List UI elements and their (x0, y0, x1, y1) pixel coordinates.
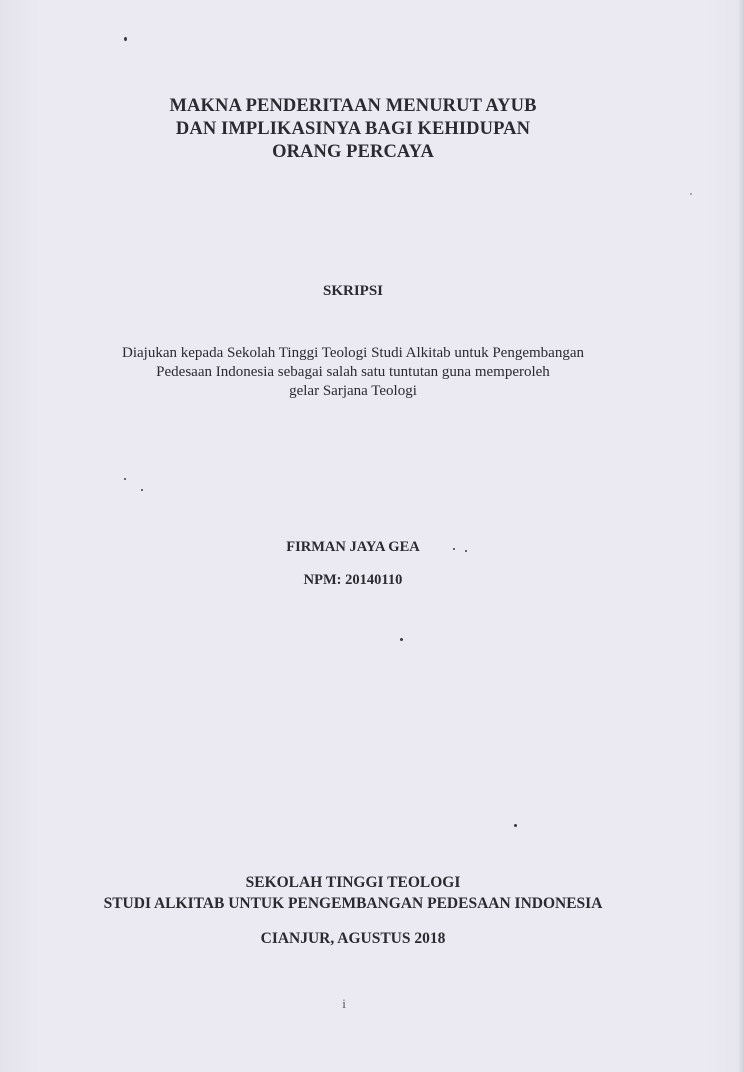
place-date: CIANJUR, AGUSTUS 2018 (0, 930, 706, 948)
submission-line-1: Diajukan kepada Sekolah Tinggi Teologi S… (0, 344, 706, 363)
title-line-3: ORANG PERCAYA (0, 141, 706, 164)
scan-speck (400, 638, 403, 641)
scan-speck (141, 489, 143, 491)
author-name: FIRMAN JAYA GEA (0, 539, 706, 556)
document-type: SKRIPSI (0, 283, 706, 300)
title-line-2: DAN IMPLIKASINYA BAGI KEHIDUPAN (0, 118, 706, 141)
institution-name: SEKOLAH TINGGI TEOLOGI STUDI ALKITAB UNT… (0, 872, 706, 914)
scan-speck (124, 478, 126, 480)
scan-speck (124, 37, 127, 41)
page-number: i (0, 996, 688, 1012)
institution-line-1: SEKOLAH TINGGI TEOLOGI (0, 872, 706, 893)
scan-speck (690, 193, 692, 195)
scanned-page: MAKNA PENDERITAAN MENURUT AYUB DAN IMPLI… (0, 0, 744, 1072)
submission-line-3: gelar Sarjana Teologi (0, 382, 706, 401)
title-line-1: MAKNA PENDERITAAN MENURUT AYUB (0, 95, 706, 118)
submission-line-2: Pedesaan Indonesia sebagai salah satu tu… (0, 363, 706, 382)
scan-speck (453, 548, 455, 550)
student-id: NPM: 20140110 (0, 572, 706, 589)
scan-speck (465, 550, 467, 552)
thesis-title: MAKNA PENDERITAAN MENURUT AYUB DAN IMPLI… (0, 95, 706, 164)
submission-statement: Diajukan kepada Sekolah Tinggi Teologi S… (0, 344, 706, 401)
scan-speck (514, 824, 517, 827)
institution-line-2: STUDI ALKITAB UNTUK PENGEMBANGAN PEDESAA… (0, 893, 706, 914)
